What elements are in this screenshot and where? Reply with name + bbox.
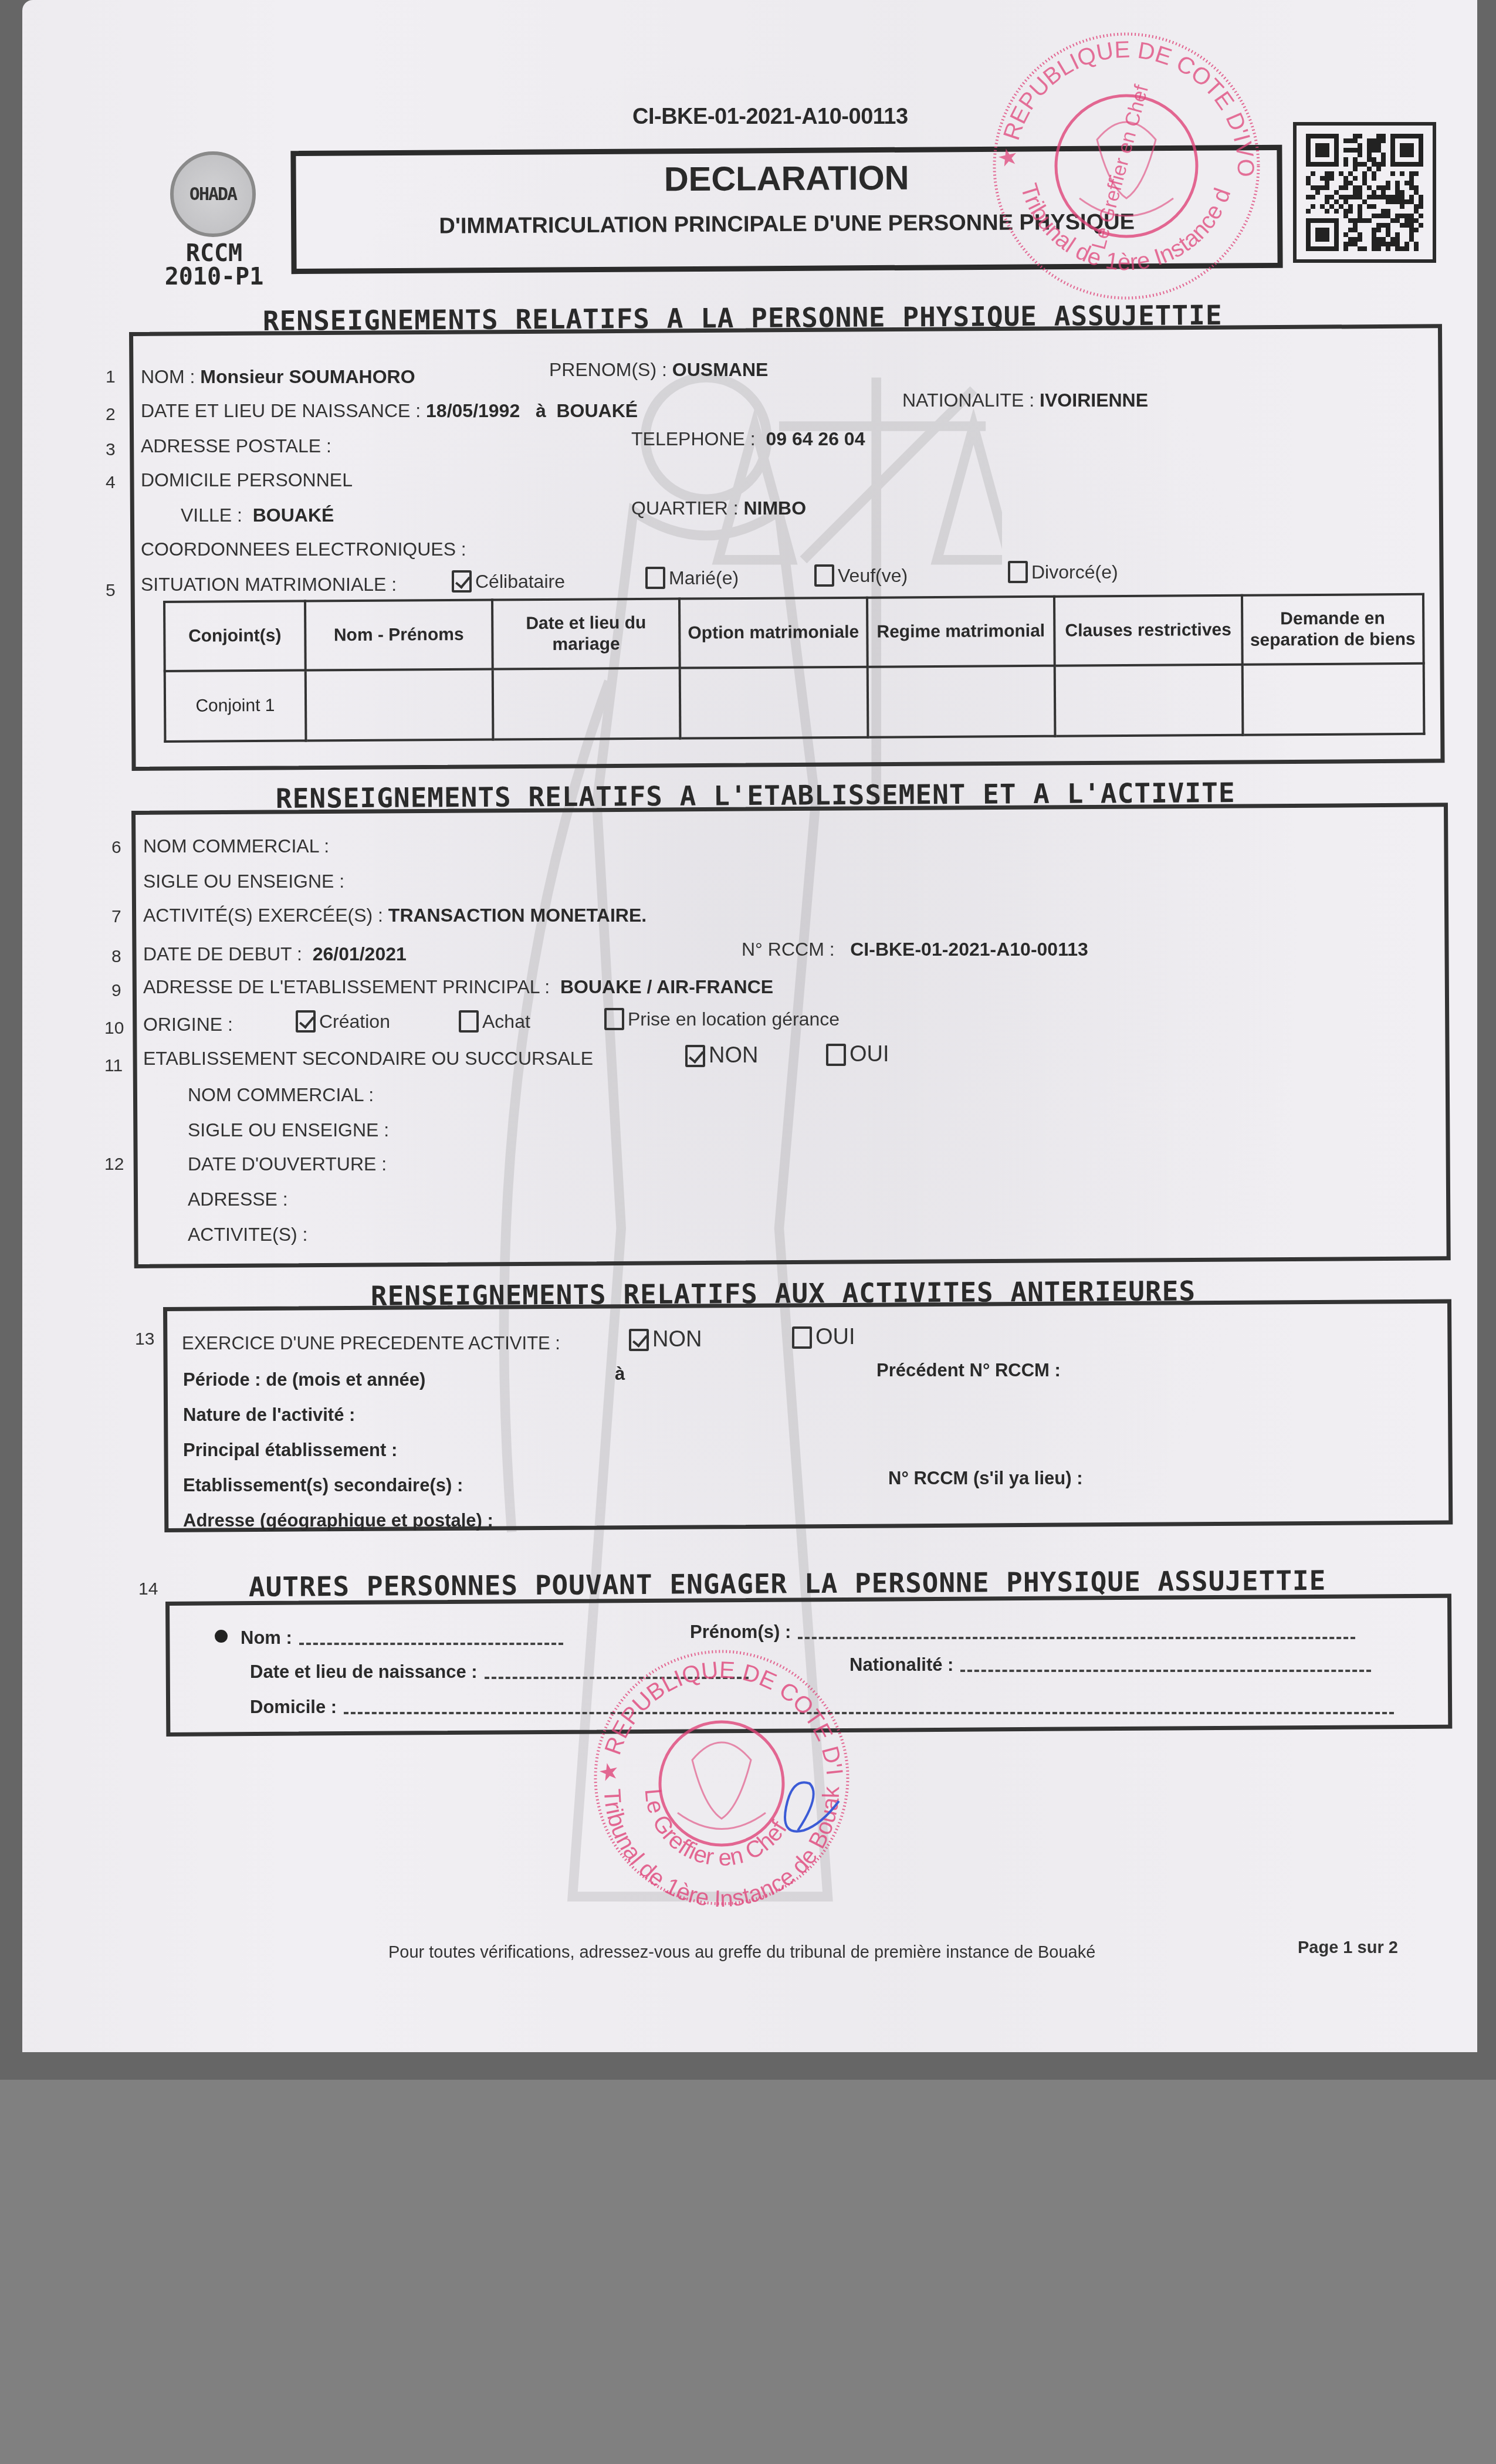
reference-number: CI-BKE-01-2021-A10-00113 <box>632 104 908 130</box>
row-number: 11 <box>104 1056 123 1076</box>
nationalite-value: IVOIRIENNE <box>1040 390 1148 411</box>
ohada-logo: OHADA <box>170 151 256 237</box>
row-number: 12 <box>104 1155 124 1175</box>
sec-sigle-label: SIGLE OU ENSEIGNE : <box>188 1119 389 1141</box>
row-number: 9 <box>111 981 121 1001</box>
document-subtitle: D'IMMATRICULATION PRINCIPALE D'UNE PERSO… <box>296 209 1277 240</box>
checkbox-label: NON <box>652 1327 702 1352</box>
nationalite-field: NATIONALITE : IVOIRIENNE <box>902 390 1148 411</box>
naissance-a: à <box>536 400 546 421</box>
table-header: Date et lieu du mariage <box>492 599 680 669</box>
autre-nationalite-field[interactable]: Nationalité : <box>849 1654 1371 1676</box>
table-header: Demande en separation de biens <box>1242 594 1424 665</box>
nature-label: Nature de l'activité : <box>183 1404 355 1426</box>
checkbox-divorce[interactable]: Divorcé(e) <box>1008 561 1118 583</box>
table-cell <box>1242 664 1424 735</box>
checkbox-exercice-oui[interactable]: OUI <box>792 1325 855 1350</box>
adresse-etablissement-value: BOUAKE / AIR-FRANCE <box>560 976 773 997</box>
autre-prenom-line[interactable] <box>798 1637 1355 1639</box>
periode-label: Période : de (mois et année) <box>183 1369 425 1390</box>
activites-value: TRANSACTION MONETAIRE. <box>388 905 647 926</box>
quartier-value: NIMBO <box>743 497 806 519</box>
checkbox-icon <box>629 1329 649 1351</box>
autre-domicile-field[interactable]: Domicile : <box>250 1697 1394 1718</box>
table-cell <box>305 669 493 741</box>
checkbox-label: NON <box>709 1043 758 1068</box>
sec-date-ouverture-label: DATE D'OUVERTURE : <box>188 1153 387 1175</box>
date-debut-value: 26/01/2021 <box>313 943 407 964</box>
secondaires-label: Etablissement(s) secondaire(s) : <box>183 1475 463 1496</box>
situation-label: SITUATION MATRIMONIALE : <box>141 574 397 595</box>
checkbox-icon <box>604 1008 624 1030</box>
autre-nom-label: Nom : <box>241 1627 292 1648</box>
telephone-label: TELEPHONE : <box>631 428 756 449</box>
naissance-label: DATE ET LIEU DE NAISSANCE : <box>141 400 421 421</box>
prenom-field: PRENOM(S) : OUSMANE <box>549 359 768 381</box>
checkbox-label: Divorcé(e) <box>1031 561 1118 583</box>
row-number: 5 <box>106 581 116 601</box>
checkbox-secondaire-non[interactable]: NON <box>685 1043 758 1068</box>
autre-nationalite-label: Nationalité : <box>849 1654 953 1675</box>
autre-naissance-line[interactable] <box>485 1677 749 1679</box>
row-number: 6 <box>111 838 121 858</box>
table-header: Clauses restrictives <box>1054 595 1242 666</box>
row-number: 8 <box>111 947 121 967</box>
adresse-etablissement-field: ADRESSE DE L'ETABLISSEMENT PRINCIPAL : B… <box>143 976 773 998</box>
nom-commercial-label: NOM COMMERCIAL : <box>143 835 329 857</box>
table-header: Conjoint(s) <box>164 601 305 671</box>
checkbox-label: Célibataire <box>475 571 565 592</box>
principal-label: Principal établissement : <box>183 1440 397 1461</box>
bullet-icon <box>215 1630 228 1643</box>
row-number: 7 <box>111 907 121 927</box>
row-number: 10 <box>104 1018 124 1038</box>
periode-a: à <box>615 1363 625 1385</box>
rccm-label: N° RCCM : <box>742 939 835 960</box>
nom-field: NOM : Monsieur SOUMAHORO <box>141 366 415 388</box>
form-code: RCCM 2010-P1 <box>153 242 276 289</box>
table-cell <box>493 668 681 740</box>
checkbox-icon <box>452 570 472 593</box>
activites-field: ACTIVITÉ(S) EXERCÉE(S) : TRANSACTION MON… <box>143 905 647 926</box>
table-header: Option matrimoniale <box>679 598 867 668</box>
ville-value: BOUAKÉ <box>253 505 334 526</box>
checkbox-secondaire-oui[interactable]: OUI <box>826 1042 889 1067</box>
checkbox-label: OUI <box>849 1042 889 1067</box>
table-cell <box>680 667 868 739</box>
page-number: Page 1 sur 2 <box>1298 1938 1398 1958</box>
checkbox-label: Création <box>319 1011 390 1032</box>
document-title: DECLARATION <box>296 156 1277 201</box>
naissance-lieu: BOUAKÉ <box>556 400 638 421</box>
autre-nom-field[interactable]: Nom : <box>215 1627 563 1649</box>
checkbox-label: Achat <box>482 1011 530 1032</box>
checkbox-exercice-non[interactable]: NON <box>629 1327 702 1352</box>
row-number: 3 <box>106 440 116 460</box>
checkbox-icon <box>1008 561 1028 583</box>
table-cell <box>867 666 1055 737</box>
telephone-value: 09 64 26 04 <box>766 428 865 449</box>
checkbox-label: Marié(e) <box>669 567 739 588</box>
checkbox-creation[interactable]: Création <box>296 1010 390 1033</box>
prenom-value: OUSMANE <box>672 359 769 380</box>
naissance-date: 18/05/1992 <box>426 400 520 421</box>
activites-label: ACTIVITÉ(S) EXERCÉE(S) : <box>143 905 383 926</box>
checkbox-icon <box>814 564 834 587</box>
table-row: Conjoint 1 <box>165 664 1424 742</box>
footer-note: Pour toutes vérifications, adressez-vous… <box>388 1943 1095 1962</box>
prenom-label: PRENOM(S) : <box>549 359 667 380</box>
exercice-label: EXERCICE D'UNE PRECEDENTE ACTIVITE : <box>182 1333 560 1354</box>
autre-domicile-line[interactable] <box>344 1712 1394 1714</box>
adresse-anterieure-label: Adresse (géographique et postale) : <box>183 1510 493 1531</box>
coordonnees-label: COORDONNEES ELECTRONIQUES : <box>141 539 466 560</box>
checkbox-icon <box>459 1010 479 1033</box>
row-number: 2 <box>106 405 116 425</box>
date-debut-label: DATE DE DEBUT : <box>143 943 302 964</box>
checkbox-icon <box>645 567 665 589</box>
autre-prenom-field[interactable]: Prénom(s) : <box>690 1622 1355 1643</box>
telephone-field: TELEPHONE : 09 64 26 04 <box>631 428 865 450</box>
row-number: 4 <box>106 473 116 493</box>
checkbox-location-gerance[interactable]: Prise en location gérance <box>604 1008 840 1030</box>
qr-code-icon[interactable] <box>1293 122 1436 263</box>
checkbox-veuf[interactable]: Veuf(ve) <box>814 564 908 587</box>
sec-activites-label: ACTIVITE(S) : <box>188 1224 307 1245</box>
checkbox-icon <box>685 1045 705 1067</box>
ville-field: VILLE : BOUAKÉ <box>181 505 334 526</box>
precedent-rccm-label: Précédent N° RCCM : <box>876 1360 1061 1381</box>
autre-domicile-label: Domicile : <box>250 1697 337 1717</box>
quartier-field: QUARTIER : NIMBO <box>631 497 806 519</box>
spouse-table: Conjoint(s)Nom - PrénomsDate et lieu du … <box>163 593 1425 743</box>
autre-naissance-label: Date et lieu de naissance : <box>250 1661 478 1682</box>
sigle-label: SIGLE OU ENSEIGNE : <box>143 871 344 892</box>
rccm-si-lieu-label: N° RCCM (s'il ya lieu) : <box>888 1468 1083 1489</box>
autre-nationalite-line[interactable] <box>960 1670 1371 1672</box>
checkbox-label: OUI <box>815 1325 855 1349</box>
checkbox-achat[interactable]: Achat <box>459 1010 530 1033</box>
checkbox-icon <box>826 1044 846 1066</box>
checkbox-label: Veuf(ve) <box>838 565 908 586</box>
checkbox-celibataire[interactable]: Célibataire <box>452 570 565 593</box>
ville-label: VILLE : <box>181 505 242 526</box>
nom-value: Monsieur SOUMAHORO <box>200 366 415 387</box>
sec-nom-commercial-label: NOM COMMERCIAL : <box>188 1084 374 1106</box>
logo-text: OHADA <box>189 184 236 205</box>
checkbox-icon <box>792 1326 812 1349</box>
form-code-line2: 2010-P1 <box>153 265 276 289</box>
table-header: Nom - Prénoms <box>305 600 493 671</box>
date-debut-field: DATE DE DEBUT : 26/01/2021 <box>143 943 407 965</box>
title-box: DECLARATION D'IMMATRICULATION PRINCIPALE… <box>290 145 1282 274</box>
row-number: 13 <box>135 1329 154 1349</box>
domicile-label: DOMICILE PERSONNEL <box>141 469 353 491</box>
checkbox-icon <box>296 1010 316 1033</box>
origine-label: ORIGINE : <box>143 1014 233 1035</box>
table-header: Regime matrimonial <box>867 597 1055 667</box>
row-number: 1 <box>106 367 116 387</box>
table-cell: Conjoint 1 <box>165 671 306 742</box>
quartier-label: QUARTIER : <box>631 497 739 519</box>
autre-naissance-field[interactable]: Date et lieu de naissance : <box>250 1661 749 1683</box>
autre-nom-line[interactable] <box>299 1643 563 1645</box>
form-code-line1: RCCM <box>153 242 276 265</box>
sec-adresse-label: ADRESSE : <box>188 1189 288 1210</box>
checkbox-marie[interactable]: Marié(e) <box>645 567 739 589</box>
naissance-field: DATE ET LIEU DE NAISSANCE : 18/05/1992 à… <box>141 400 638 422</box>
adresse-postale-label: ADRESSE POSTALE : <box>141 435 331 457</box>
nationalite-label: NATIONALITE : <box>902 390 1034 411</box>
nom-label: NOM : <box>141 366 195 387</box>
adresse-etablissement-label: ADRESSE DE L'ETABLISSEMENT PRINCIPAL : <box>143 976 550 997</box>
rccm-value: CI-BKE-01-2021-A10-00113 <box>850 939 1088 960</box>
table-cell <box>1055 665 1243 736</box>
rccm-field: N° RCCM : CI-BKE-01-2021-A10-00113 <box>742 939 1088 960</box>
autre-prenom-label: Prénom(s) : <box>690 1622 791 1642</box>
checkbox-label: Prise en location gérance <box>628 1008 840 1030</box>
document-page: CI-BKE-01-2021-A10-00113 OHADA RCCM 2010… <box>22 0 1477 2052</box>
row-number: 14 <box>138 1579 158 1599</box>
secondaire-label: ETABLISSEMENT SECONDAIRE OU SUCCURSALE <box>143 1048 593 1069</box>
